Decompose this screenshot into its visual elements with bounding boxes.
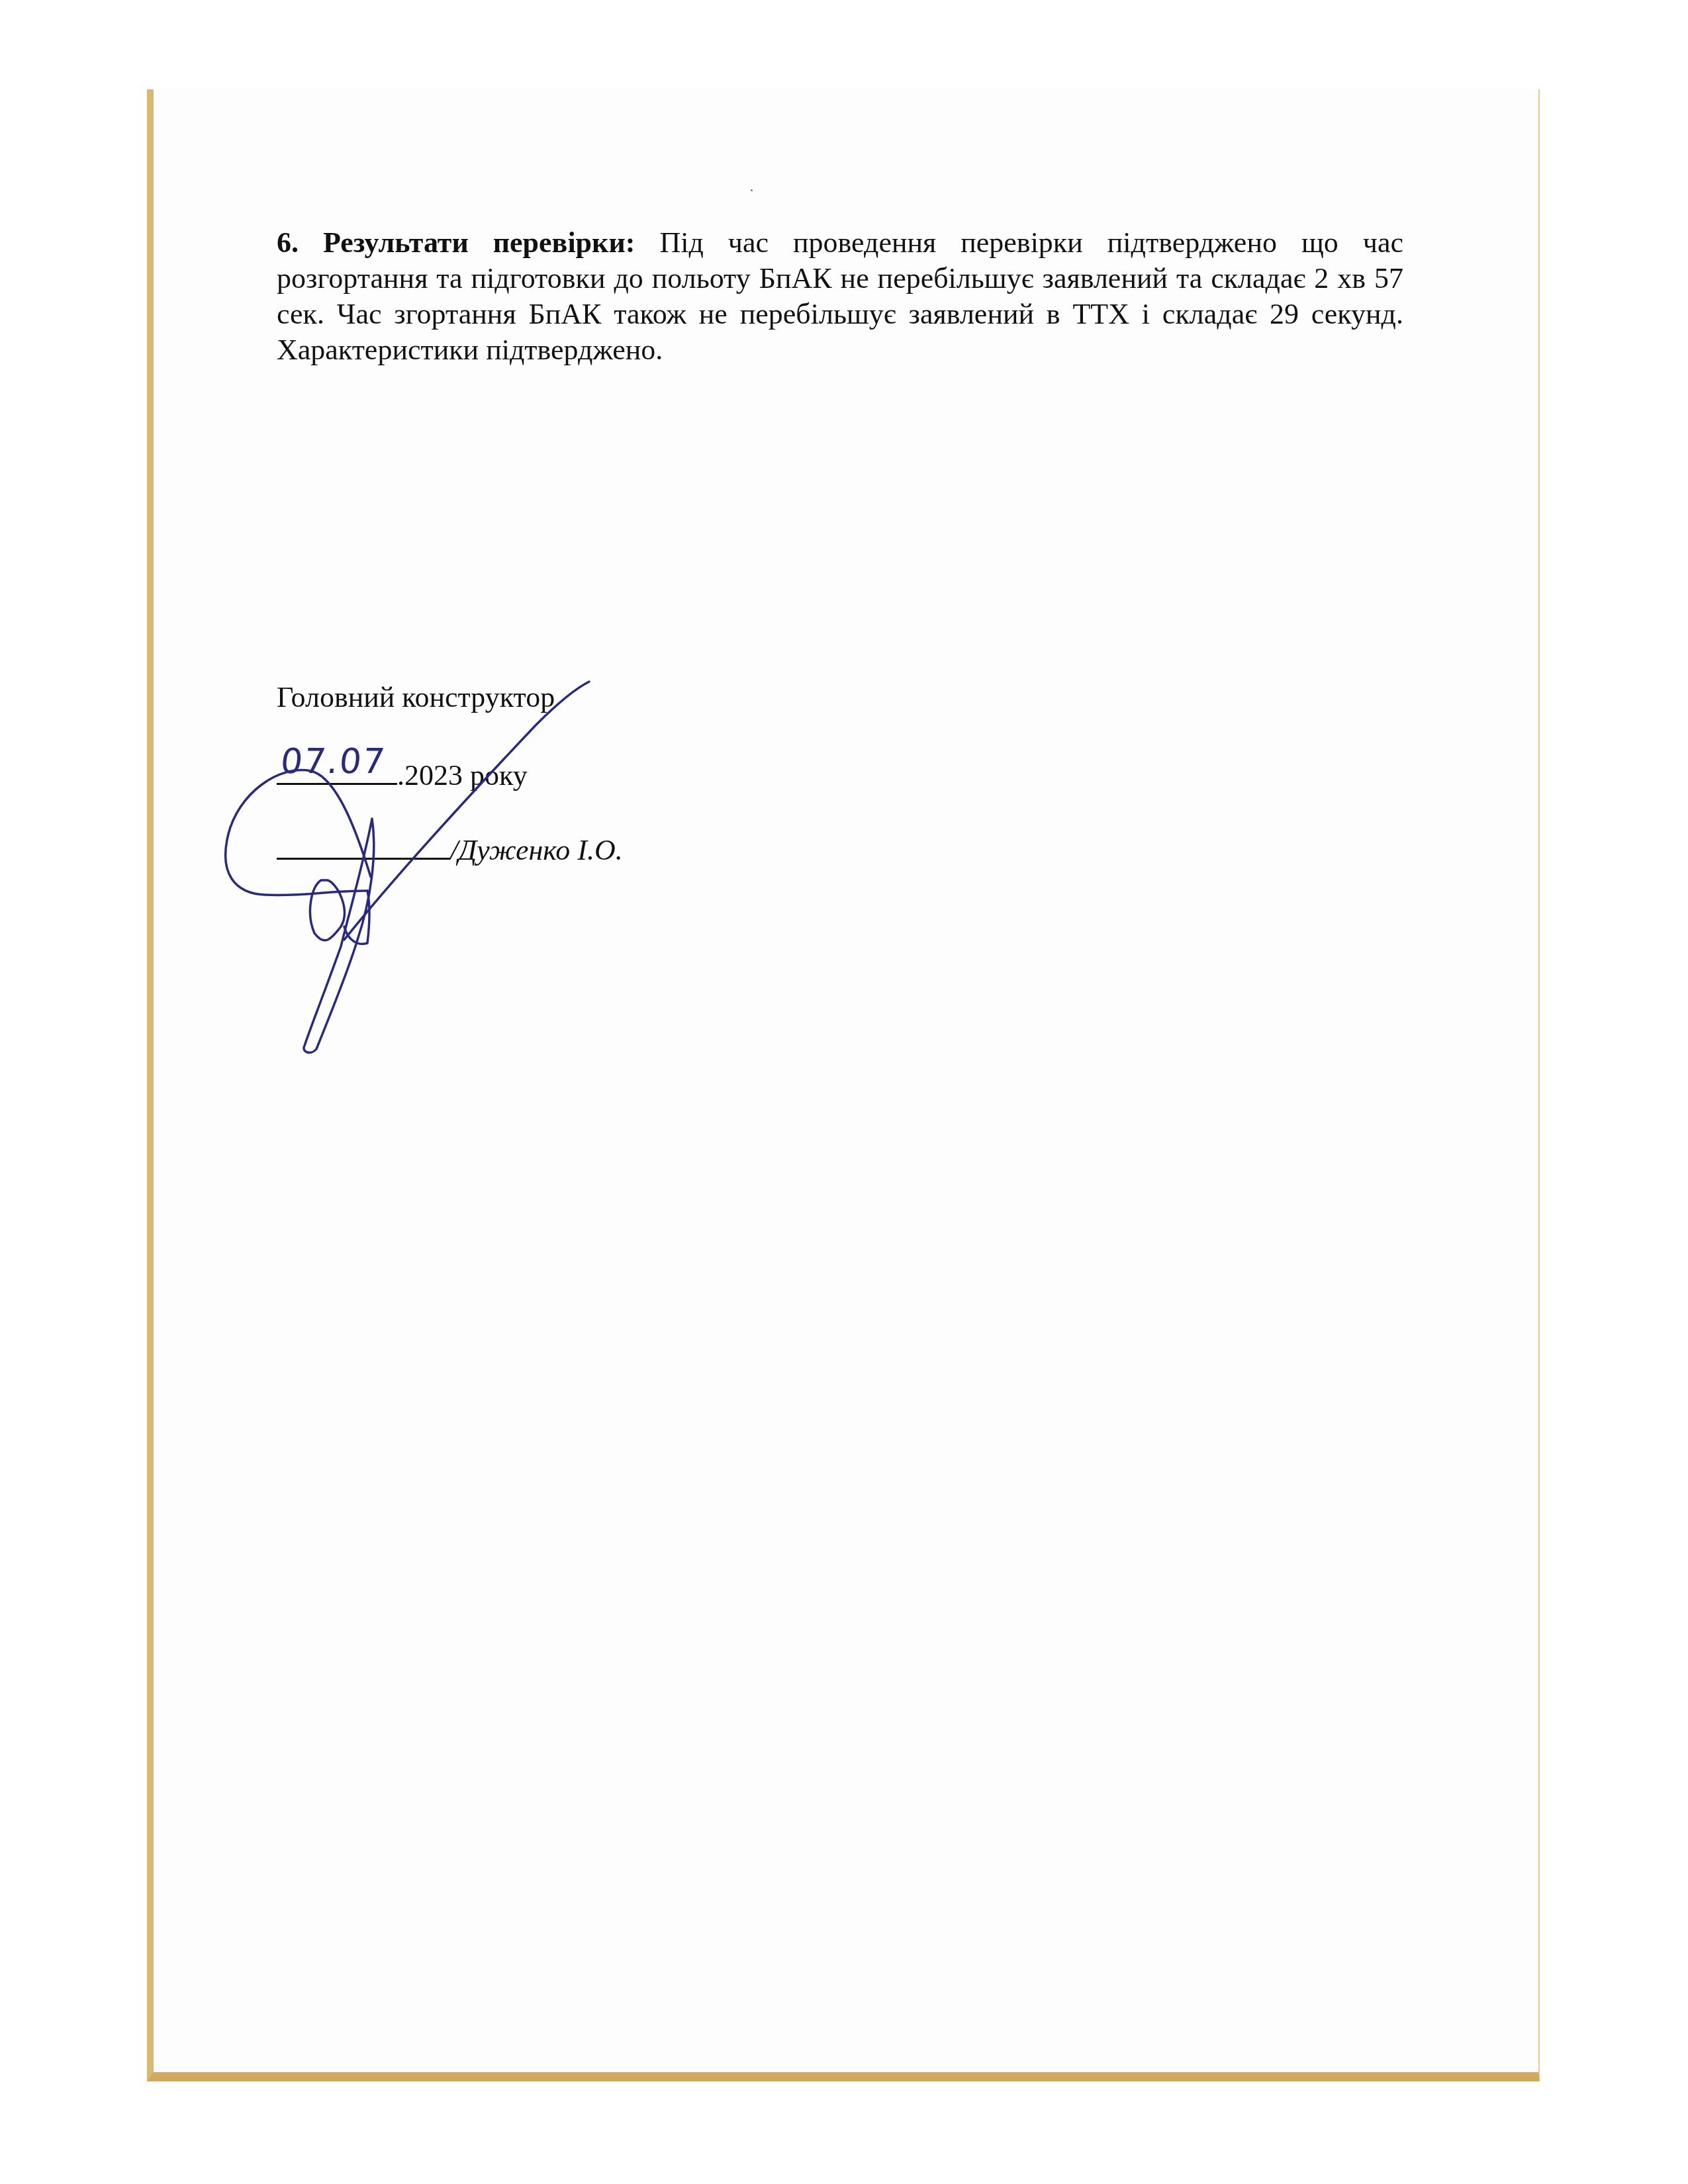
date-suffix: .2023 року bbox=[397, 759, 528, 792]
signature-blank bbox=[277, 833, 450, 860]
date-blank: 07.07 bbox=[277, 758, 397, 785]
handwritten-date: 07.07 bbox=[279, 742, 388, 782]
signer-role: Головний конструктор bbox=[277, 680, 555, 714]
section-heading: 6. Результати перевірки: bbox=[277, 226, 635, 259]
scanned-paper-sheet bbox=[147, 89, 1540, 2081]
date-line: 07.07 .2023 року bbox=[277, 758, 528, 792]
signature-line: /Дуженко І.О. bbox=[277, 833, 623, 867]
results-section: 6. Результати перевірки: Під час проведе… bbox=[277, 225, 1403, 368]
signer-name: /Дуженко І.О. bbox=[450, 834, 623, 866]
scan-speck bbox=[751, 189, 753, 191]
